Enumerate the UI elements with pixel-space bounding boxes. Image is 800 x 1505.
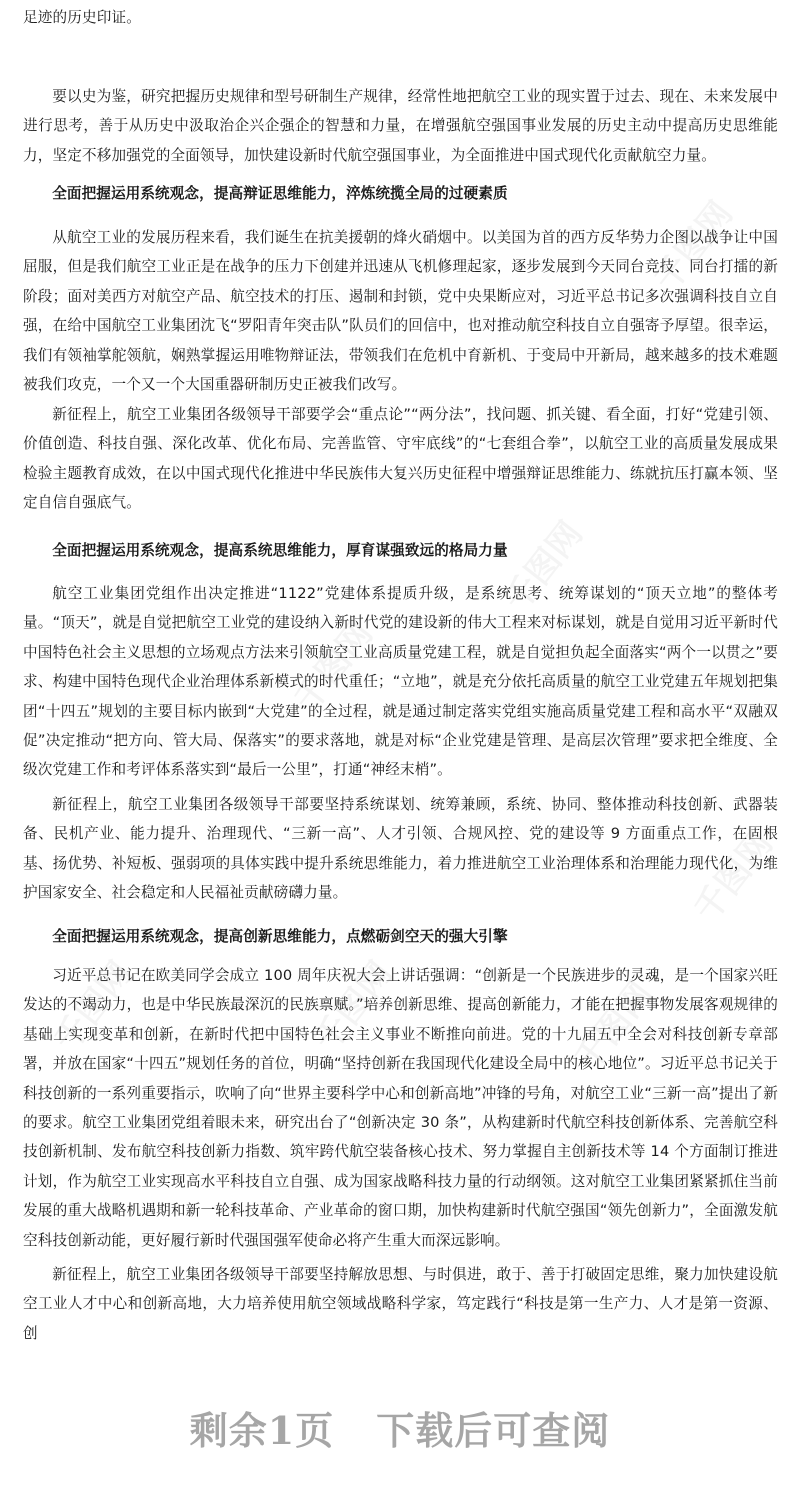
remaining-pages-label: 剩余1页 — [190, 1400, 334, 1455]
paragraph: 习近平总书记在欧美同学会成立 100 周年庆祝大会上讲话强调：“创新是一个民族进… — [23, 961, 778, 1255]
download-prompt[interactable]: 剩余1页下载后可查阅 — [0, 1400, 800, 1455]
paragraph: 从航空工业的发展历程来看，我们诞生在抗美援朝的烽火硝烟中。以美国为首的西方反华势… — [23, 223, 778, 399]
section-heading: 全面把握运用系统观念，提高创新思维能力，点燃砺剑空天的强大引擎 — [23, 922, 778, 951]
paragraph: 新征程上，航空工业集团各级领导干部要坚持解放思想、与时俱进，敢于、善于打破固定思… — [23, 1260, 778, 1348]
download-to-view-label[interactable]: 下载后可查阅 — [376, 1400, 610, 1455]
paragraph: 新征程上，航空工业集团各级领导干部要坚持系统谋划、统筹兼顾，系统、协同、整体推动… — [23, 790, 778, 908]
paragraph-intro-tail: 足迹的历史印证。 — [23, 3, 778, 32]
paragraph: 航空工业集团党组作出决定推进“1122”党建体系提质升级，是系统思考、统筹谋划的… — [23, 579, 778, 785]
section-heading: 全面把握运用系统观念，提高辩证思维能力，淬炼统揽全局的过硬素质 — [23, 179, 778, 208]
section-heading: 全面把握运用系统观念，提高系统思维能力，厚育谋强致远的格局力量 — [23, 536, 778, 565]
paragraph: 新征程上，航空工业集团各级领导干部要学会“重点论”“两分法”，找问题、抓关键、看… — [23, 400, 778, 518]
paragraph: 要以史为鉴，研究把握历史规律和型号研制生产规律，经常性地把航空工业的现实置于过去… — [23, 82, 778, 170]
